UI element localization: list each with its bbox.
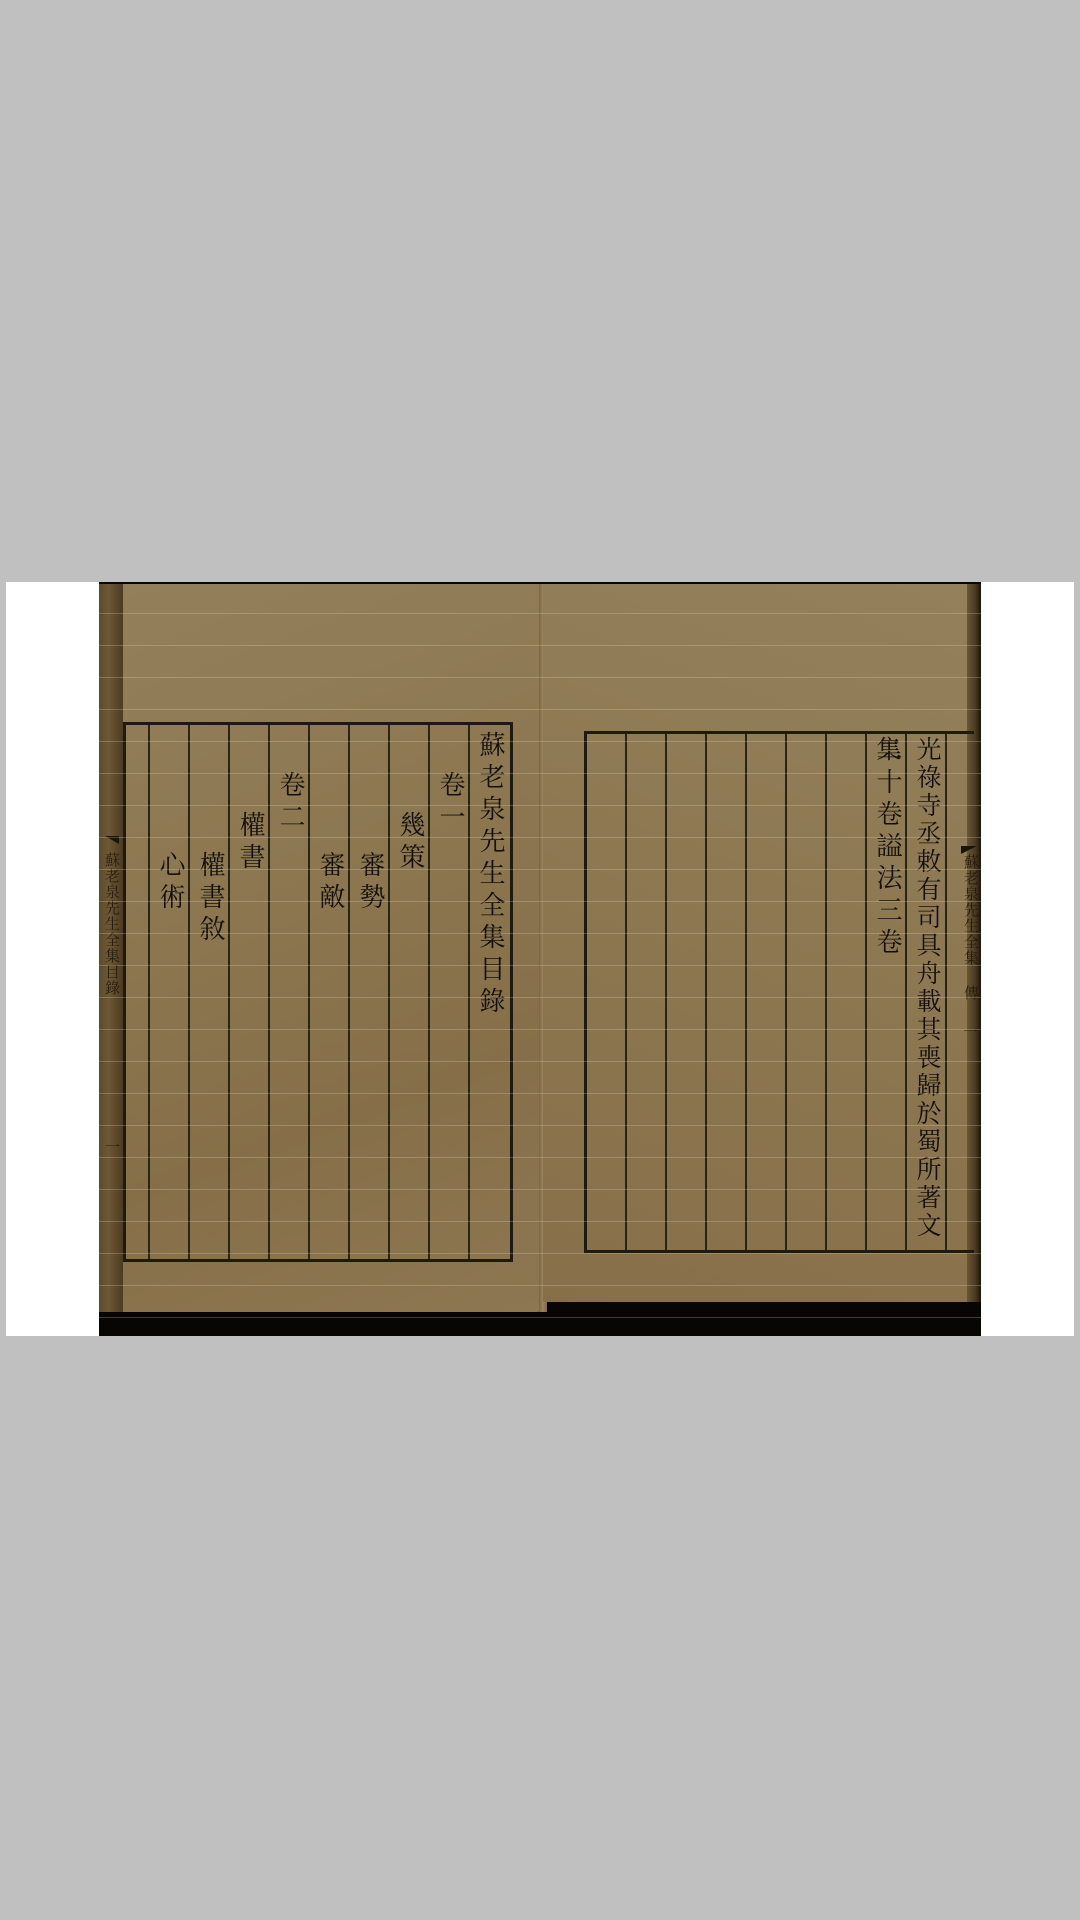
column-rule <box>785 734 787 1250</box>
column-rule <box>745 734 747 1250</box>
toc-volume-heading: 卷一 <box>430 771 470 835</box>
toc-entry: 幾策 <box>390 811 430 875</box>
biography-text-column: 二十卷謚法三卷 <box>867 736 907 960</box>
left-margin-title: 蘇老泉先生全集目錄 <box>103 852 121 1092</box>
right-text-frame: 光祿寺丞敕有司具舟載其喪歸於蜀所著文集 二十卷謚法三卷 <box>584 731 974 1253</box>
biography-text-column: 光祿寺丞敕有司具舟載其喪歸於蜀所著文集 <box>907 736 947 1250</box>
fish-tail-mark-icon <box>105 836 119 844</box>
toc-title: 蘇老泉先生全集目錄 <box>470 731 510 1019</box>
toc-subentry: 審勢 <box>350 851 390 915</box>
left-margin-page-number: 一 <box>103 1139 121 1155</box>
toc-volume-heading: 卷二 <box>270 771 310 835</box>
column-rule <box>825 734 827 1250</box>
column-rule <box>228 725 230 1259</box>
left-text-frame: 蘇老泉先生全集目錄 卷一 幾策 審勢 審敵 卷二 權書 權書敘 心術 <box>123 722 513 1262</box>
book-spread: 蘇老泉先生全集目錄 一 蘇老泉先生全集目錄 卷一 幾策 審勢 審敵 卷二 權書 … <box>99 582 981 1336</box>
toc-subentry: 心術 <box>150 851 190 915</box>
column-rule <box>188 725 190 1259</box>
toc-subentry: 審敵 <box>310 851 350 915</box>
column-rule <box>625 734 627 1250</box>
column-rule <box>148 725 150 1259</box>
column-rule <box>705 734 707 1250</box>
toc-subentry: 權書敘 <box>190 851 230 947</box>
right-page: 蘇老泉先生全集 傳 一 光祿寺丞敕有司具舟載其喪歸於蜀所著文集 二十卷謚法三卷 <box>543 584 981 1302</box>
column-rule <box>665 734 667 1250</box>
left-page: 蘇老泉先生全集目錄 一 蘇老泉先生全集目錄 卷一 幾策 審勢 審敵 卷二 權書 … <box>99 584 543 1312</box>
toc-entry: 權書 <box>230 811 270 875</box>
column-rule <box>388 725 390 1259</box>
column-rule <box>348 725 350 1259</box>
